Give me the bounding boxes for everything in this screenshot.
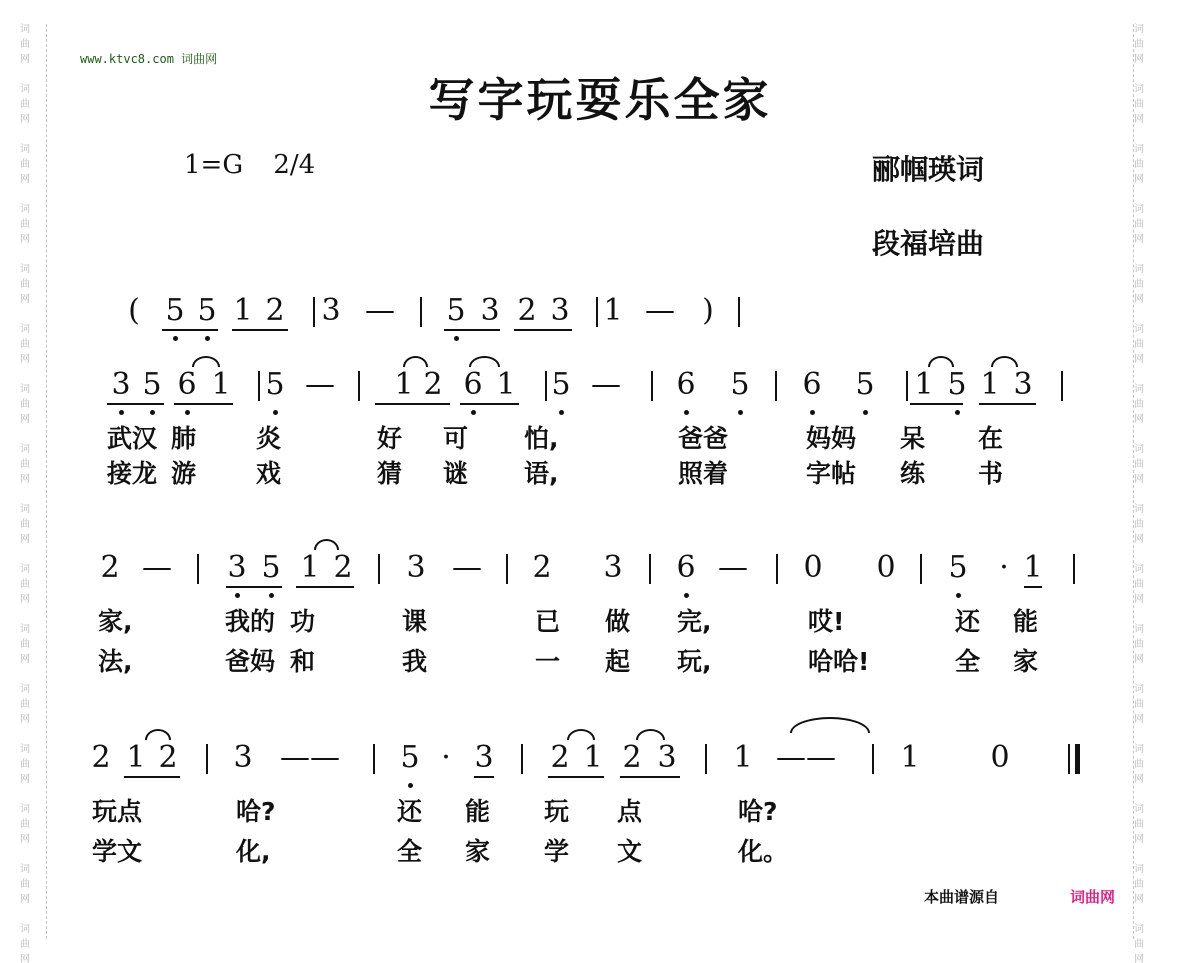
note: 3 — [657, 743, 676, 773]
note: 6 — [177, 370, 196, 400]
watermark-text: 词曲网 — [18, 622, 32, 667]
watermark-text: 词曲网 — [1132, 322, 1146, 367]
repeat-bracket: ) — [702, 296, 714, 326]
low-octave-dot — [150, 410, 155, 415]
note: 2 — [550, 743, 569, 773]
lyric-verse-1: 功 — [290, 608, 315, 636]
bar-line — [705, 744, 707, 774]
lyric-verse-1: 武汉 — [107, 425, 157, 453]
repeat-bracket: ( — [128, 296, 140, 326]
bar-line — [1061, 371, 1063, 401]
extension-dash: — — [718, 553, 748, 583]
watermark-text: 词曲网 — [1132, 802, 1146, 847]
note: 1 — [233, 296, 252, 326]
slur-arc — [469, 356, 500, 367]
eighth-beam — [226, 586, 282, 588]
note: 6 — [676, 370, 695, 400]
watermark-text: 词曲网 — [18, 802, 32, 847]
lyric-verse-1: 玩 — [544, 798, 569, 826]
watermark-text: 词曲网 — [18, 562, 32, 607]
note: 2 — [265, 296, 284, 326]
lyric-verse-2: 学 — [544, 838, 569, 866]
watermark-text: 词曲网 — [1132, 862, 1146, 907]
lyric-verse-2: 戏 — [256, 460, 281, 488]
slur-arc — [991, 356, 1018, 367]
watermark-text: 词曲网 — [18, 202, 32, 247]
note: 3 — [233, 743, 252, 773]
note: 6 — [802, 370, 821, 400]
note: 1 — [733, 743, 752, 773]
bar-line — [506, 554, 508, 584]
note: 5 — [855, 370, 874, 400]
watermark-text: 词曲网 — [1132, 622, 1146, 667]
lyric-verse-2: 我 — [402, 648, 427, 676]
eighth-beam — [124, 776, 180, 778]
bar-line — [1068, 744, 1070, 774]
note: 1 — [126, 743, 145, 773]
extension-dash: — — [305, 370, 335, 400]
note: 2 — [91, 743, 110, 773]
note: 2 — [622, 743, 641, 773]
lyric-verse-2: 学文 — [92, 838, 142, 866]
source-site-link[interactable]: 词曲网 — [1070, 886, 1115, 907]
watermark-column-left: 词曲网词曲网词曲网词曲网词曲网词曲网词曲网词曲网词曲网词曲网词曲网词曲网词曲网词… — [18, 0, 48, 963]
note: 1 — [496, 370, 515, 400]
bar-line — [738, 297, 740, 327]
lyric-verse-2: 接龙 — [107, 460, 157, 488]
low-octave-dot — [810, 410, 815, 415]
lyric-verse-2: 玩, — [677, 648, 712, 676]
lyric-verse-2: 和 — [290, 648, 315, 676]
note: 5 — [165, 296, 184, 326]
extension-dash: — — [591, 370, 621, 400]
low-octave-dot — [269, 593, 274, 598]
note: 3 — [227, 553, 246, 583]
lyric-verse-1: 我的 — [225, 608, 275, 636]
watermark-column-right: 词曲网词曲网词曲网词曲网词曲网词曲网词曲网词曲网词曲网词曲网词曲网词曲网词曲网词… — [1132, 0, 1162, 963]
lyricist-credit: 郦帼瑛词 — [872, 148, 984, 188]
note: 6 — [463, 370, 482, 400]
composer-credit: 段福培曲 — [872, 222, 984, 262]
lyric-verse-2: 起 — [605, 648, 630, 676]
bar-line — [420, 297, 422, 327]
song-title: 写字玩耍乐全家 — [0, 64, 1180, 130]
slur-arc — [314, 539, 339, 550]
watermark-text: 词曲网 — [1132, 382, 1146, 427]
bar-line — [776, 554, 778, 584]
low-octave-dot — [956, 593, 961, 598]
watermark-text: 词曲网 — [18, 262, 32, 307]
lyric-verse-1: 能 — [1013, 608, 1038, 636]
note: 3 — [474, 743, 493, 773]
note: 1 — [211, 370, 230, 400]
note: 5 — [265, 370, 284, 400]
bar-line — [775, 371, 777, 401]
watermark-text: 词曲网 — [18, 442, 32, 487]
bar-line — [313, 297, 315, 327]
lyric-verse-2: 全 — [955, 648, 980, 676]
note: 3 — [603, 553, 622, 583]
lyric-verse-1: 怕, — [524, 425, 559, 453]
note: 3 — [406, 553, 425, 583]
watermark-text: 词曲网 — [18, 142, 32, 187]
lyric-verse-1: 哈? — [738, 798, 778, 826]
bar-line — [596, 297, 598, 327]
note: 1 — [583, 743, 602, 773]
low-octave-dot — [684, 593, 689, 598]
bar-line — [258, 371, 260, 401]
bar-line — [1073, 554, 1075, 584]
note: 5 — [948, 553, 967, 583]
eighth-beam — [162, 329, 218, 331]
watermark-text: 词曲网 — [1132, 742, 1146, 787]
bar-line — [373, 744, 375, 774]
low-octave-dot — [559, 410, 564, 415]
eighth-beam — [232, 329, 288, 331]
lyric-verse-1: 能 — [465, 798, 490, 826]
slur-arc — [567, 729, 595, 740]
eighth-beam — [548, 776, 604, 778]
eighth-beam — [460, 403, 519, 405]
bar-line — [378, 554, 380, 584]
note: 3 — [321, 296, 340, 326]
note: 3 — [1013, 370, 1032, 400]
watermark-text: 词曲网 — [18, 382, 32, 427]
lyric-verse-2: 书 — [978, 460, 1003, 488]
watermark-text: 词曲网 — [18, 922, 32, 963]
lyric-verse-1: 还 — [397, 798, 422, 826]
low-octave-dot — [738, 410, 743, 415]
watermark-text: 词曲网 — [18, 322, 32, 367]
watermark-text: 词曲网 — [18, 682, 32, 727]
watermark-text: 词曲网 — [18, 22, 32, 67]
low-octave-dot — [119, 410, 124, 415]
lyric-verse-1: 炎 — [256, 425, 281, 453]
bar-line — [206, 744, 208, 774]
note: 2 — [532, 553, 551, 583]
lyric-verse-2: 照着 — [678, 460, 728, 488]
lyric-verse-2: 猜 — [377, 460, 402, 488]
bar-line — [649, 554, 651, 584]
watermark-text: 词曲网 — [1132, 502, 1146, 547]
lyric-verse-1: 做 — [605, 608, 630, 636]
watermark-text: 词曲网 — [1132, 682, 1146, 727]
lyric-verse-1: 家, — [98, 608, 133, 636]
note: 5 — [730, 370, 749, 400]
lyric-verse-2: 爸妈 — [225, 648, 275, 676]
lyric-verse-1: 课 — [402, 608, 427, 636]
extension-dash: — — [142, 553, 172, 583]
extension-dash: — — [452, 553, 482, 583]
watermark-text: 词曲网 — [1132, 922, 1146, 963]
lyric-verse-2: 游 — [171, 460, 196, 488]
watermark-text: 词曲网 — [18, 862, 32, 907]
lyric-verse-2: 练 — [900, 460, 925, 488]
note: 1 — [900, 743, 919, 773]
lyric-verse-1: 点 — [617, 798, 642, 826]
bar-line — [521, 744, 523, 774]
lyric-verse-2: 家 — [1013, 648, 1038, 676]
watermark-text: 词曲网 — [1132, 142, 1146, 187]
lyric-verse-2: 文 — [617, 838, 642, 866]
lyric-verse-1: 可 — [443, 425, 468, 453]
slur-arc — [145, 729, 171, 740]
lyric-verse-2: 语, — [524, 460, 559, 488]
note: 5 — [446, 296, 465, 326]
lyric-verse-1: 呆 — [900, 425, 925, 453]
lyric-verse-2: 法, — [98, 648, 133, 676]
lyric-verse-1: 完, — [677, 608, 712, 636]
note: 0 — [990, 743, 1009, 773]
lyric-verse-2: 字帖 — [806, 460, 856, 488]
lyric-verse-1: 哈? — [236, 798, 276, 826]
watermark-text: 词曲网 — [18, 742, 32, 787]
lyric-verse-2: 家 — [465, 838, 490, 866]
key-signature: 1=G 2/4 — [184, 150, 315, 180]
low-octave-dot — [185, 410, 190, 415]
extension-dash: — — [365, 296, 395, 326]
bar-line — [872, 744, 874, 774]
eighth-beam — [107, 403, 164, 405]
note: 5 — [400, 743, 419, 773]
note: 6 — [676, 553, 695, 583]
margin-divider-left — [46, 24, 47, 939]
note: 5 — [551, 370, 570, 400]
eighth-beam — [296, 586, 354, 588]
note: 5 — [261, 553, 280, 583]
watermark-text: 词曲网 — [1132, 22, 1146, 67]
lyric-verse-1: 在 — [978, 425, 1003, 453]
eighth-beam — [1024, 586, 1042, 588]
lyric-verse-1: 肺 — [171, 425, 196, 453]
low-octave-dot — [408, 783, 413, 788]
lyric-verse-1: 还 — [955, 608, 980, 636]
note: 2 — [100, 553, 119, 583]
low-octave-dot — [684, 410, 689, 415]
lyric-verse-1: 哎! — [808, 608, 844, 636]
slur-arc — [636, 729, 665, 740]
low-octave-dot — [235, 593, 240, 598]
eighth-beam — [910, 403, 963, 405]
eighth-beam — [444, 329, 500, 331]
note: 3 — [111, 370, 130, 400]
final-bar-line — [1075, 744, 1080, 774]
bar-line — [545, 371, 547, 401]
lyric-verse-1: 爸爸 — [678, 425, 728, 453]
bar-line — [358, 371, 360, 401]
lyric-verse-2: 哈哈! — [808, 648, 869, 676]
slur-arc — [928, 356, 954, 367]
bar-line — [197, 554, 199, 584]
eighth-beam — [620, 776, 680, 778]
note: 3 — [480, 296, 499, 326]
eighth-beam — [979, 403, 1036, 405]
slur-arc — [403, 356, 428, 367]
lyric-verse-2: 全 — [397, 838, 422, 866]
note: 2 — [517, 296, 536, 326]
note: 0 — [876, 553, 895, 583]
note: 5 — [947, 370, 966, 400]
lyric-verse-2: 化。 — [738, 838, 788, 866]
slur-arc — [790, 717, 870, 733]
lyric-verse-2: 谜 — [443, 460, 468, 488]
note: 5 — [142, 370, 161, 400]
watermark-text: 词曲网 — [1132, 562, 1146, 607]
lyric-verse-1: 已 — [535, 608, 560, 636]
dotted-rhythm: · — [999, 553, 1009, 583]
low-octave-dot — [471, 410, 476, 415]
low-octave-dot — [863, 410, 868, 415]
eighth-beam — [514, 329, 572, 331]
slur-arc — [192, 356, 220, 367]
low-octave-dot — [173, 336, 178, 341]
note: 1 — [300, 553, 319, 583]
note: 5 — [197, 296, 216, 326]
note: 2 — [158, 743, 177, 773]
low-octave-dot — [205, 336, 210, 341]
eighth-beam — [375, 403, 450, 405]
note: 1 — [1023, 553, 1042, 583]
note: 2 — [423, 370, 442, 400]
extension-dash: —— — [280, 743, 340, 773]
lyric-verse-1: 好 — [377, 425, 402, 453]
watermark-text: 词曲网 — [1132, 262, 1146, 307]
eighth-beam — [174, 403, 233, 405]
watermark-text: 词曲网 — [18, 502, 32, 547]
dotted-rhythm: · — [441, 743, 451, 773]
source-label: 本曲谱源自 — [924, 886, 999, 907]
eighth-beam — [474, 776, 494, 778]
low-octave-dot — [454, 336, 459, 341]
note: 1 — [914, 370, 933, 400]
bar-line — [651, 371, 653, 401]
note: 1 — [394, 370, 413, 400]
lyric-verse-2: 一 — [535, 648, 560, 676]
watermark-text: 词曲网 — [1132, 202, 1146, 247]
extension-dash: — — [645, 296, 675, 326]
extension-dash: —— — [776, 743, 836, 773]
lyric-verse-1: 玩点 — [92, 798, 142, 826]
lyric-verse-2: 化, — [236, 838, 271, 866]
note: 2 — [333, 553, 352, 583]
bar-line — [920, 554, 922, 584]
bar-line — [906, 371, 908, 401]
low-octave-dot — [955, 410, 960, 415]
note: 1 — [603, 296, 622, 326]
note: 1 — [980, 370, 999, 400]
lyric-verse-1: 妈妈 — [806, 425, 856, 453]
watermark-text: 词曲网 — [1132, 442, 1146, 487]
low-octave-dot — [273, 410, 278, 415]
note: 0 — [803, 553, 822, 583]
note: 3 — [550, 296, 569, 326]
